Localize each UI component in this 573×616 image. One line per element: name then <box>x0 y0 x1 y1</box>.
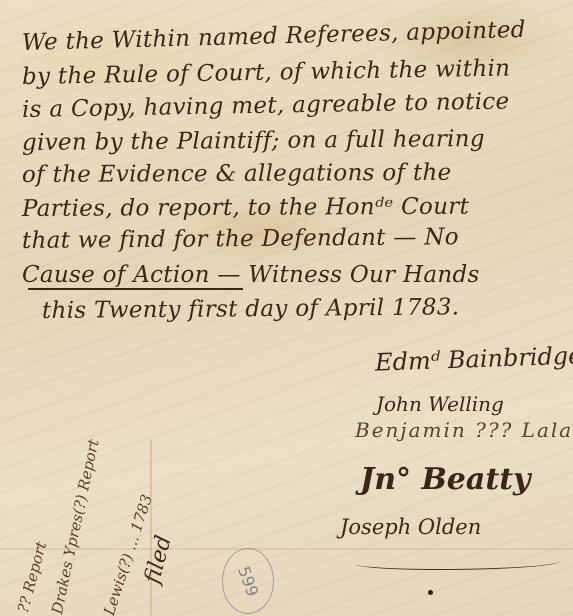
catalog-number: 599 <box>234 563 262 598</box>
body-line-6: Parties, do report, to the Honᵈᵉ Court <box>22 194 469 222</box>
fold-crease-horizontal <box>0 548 573 550</box>
ink-blot <box>428 590 433 595</box>
body-line-4: given by the Plaintiff; on a full hearin… <box>22 126 485 156</box>
signature-beatty: Jn° Beatty <box>360 462 530 497</box>
catalog-number-stamp: 599 <box>222 548 274 614</box>
body-line-5: of the Evidence & allegations of the <box>22 160 452 188</box>
body-line-9: this Twenty first day of April 1783. <box>42 294 460 324</box>
body-line-7: that we find for the Defendant — No <box>22 224 459 254</box>
cause-of-action-line: Cause of Action — Witness Our Hands <box>22 262 480 288</box>
body-line-8: Cause of Action — Witness Our Hands <box>22 262 480 288</box>
fold-crease-vertical <box>150 440 152 616</box>
signature-benjamin: Benjamin ??? Lalane <box>355 418 573 442</box>
signature-olden: Joseph Olden <box>340 515 481 539</box>
underline-cause-of-action <box>28 288 243 290</box>
signature-welling: John Welling <box>376 392 504 416</box>
